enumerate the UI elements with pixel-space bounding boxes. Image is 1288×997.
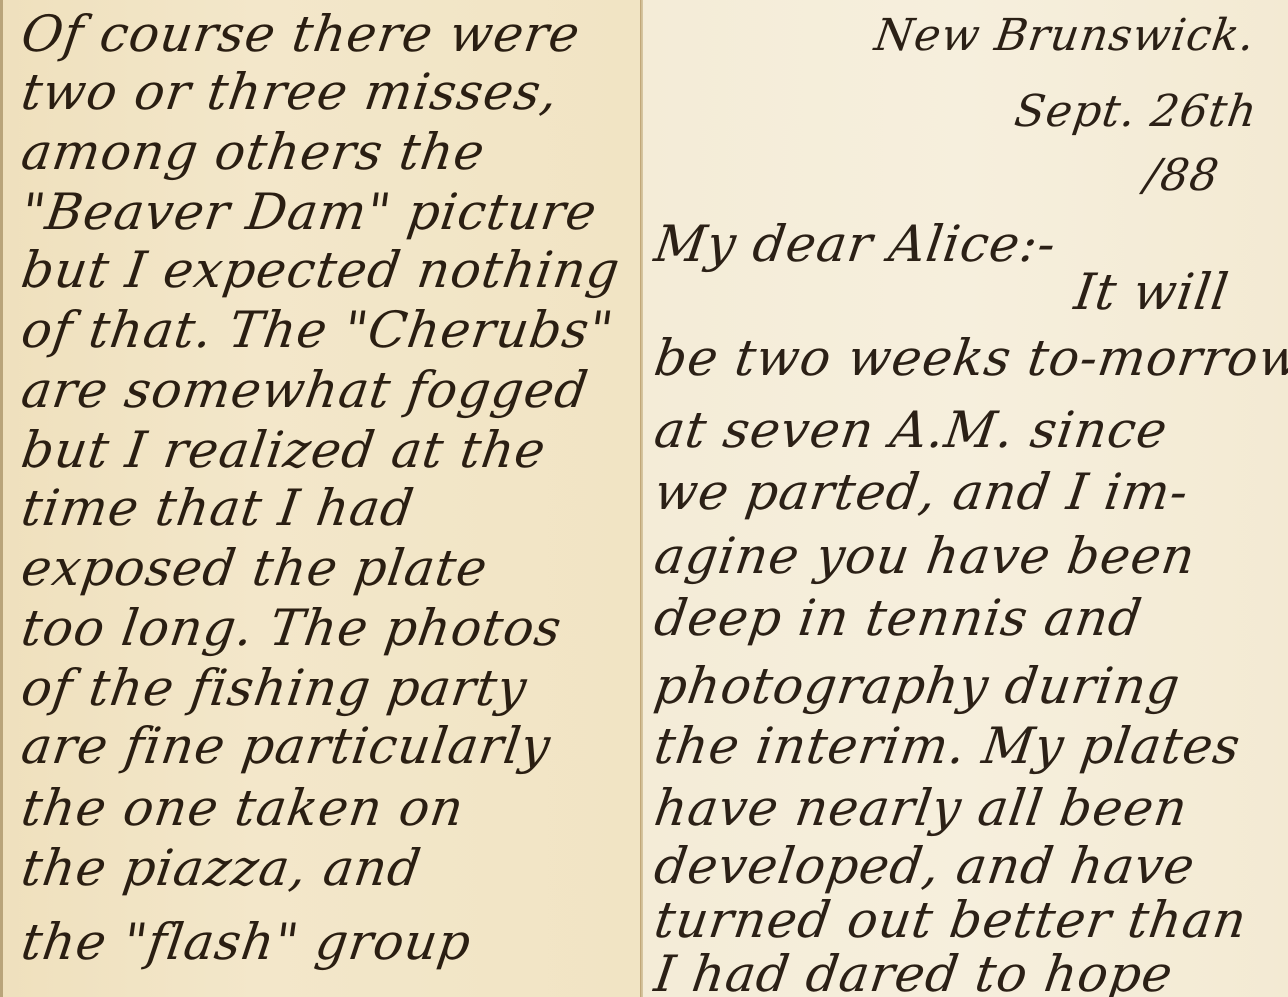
left-page: Of course there were two or three misses…: [0, 0, 641, 997]
page-edge: [0, 0, 3, 997]
letter-line: but I expected nothing: [18, 240, 624, 300]
letter-line: among others the: [18, 122, 489, 182]
letter-line: two or three misses,: [18, 62, 562, 122]
letter-year: /88: [1141, 146, 1223, 206]
letter-line: at seven A.M. since: [651, 400, 1172, 460]
letter-line: have nearly all been: [651, 778, 1192, 838]
letter-place: New Brunswick.: [871, 6, 1259, 66]
letter-line: we parted, and I im-: [651, 462, 1193, 522]
letter-scan: Of course there were two or three misses…: [0, 0, 1288, 997]
right-page: New Brunswick. Sept. 26th /88 My dear Al…: [643, 0, 1288, 997]
letter-line: but I realized at the: [18, 420, 550, 480]
letter-line: I had dared to hope: [651, 944, 1177, 997]
letter-line: It will: [1071, 262, 1233, 322]
letter-date: Sept. 26th: [1011, 82, 1261, 142]
letter-line: developed, and have: [651, 836, 1199, 896]
letter-line: are somewhat fogged: [18, 360, 592, 420]
letter-salutation: My dear Alice:-: [651, 214, 1060, 274]
letter-line: agine you have been: [651, 526, 1200, 586]
letter-line: of the fishing party: [18, 658, 531, 718]
letter-line: Of course there were: [18, 4, 584, 64]
letter-line: be two weeks to-morrow,: [651, 328, 1288, 388]
letter-line: "Beaver Dam" picture: [18, 182, 601, 242]
letter-line: of that. The "Cherubs": [18, 300, 618, 360]
letter-line: exposed the plate: [18, 538, 492, 598]
letter-line: the interim. My plates: [651, 716, 1245, 776]
letter-line: turned out better than: [651, 890, 1251, 950]
letter-line: the "flash" group: [18, 912, 475, 972]
letter-line: the piazza, and: [18, 838, 425, 898]
letter-line: photography during: [651, 656, 1184, 716]
letter-line: time that I had: [18, 478, 418, 538]
letter-line: are fine particularly: [18, 716, 555, 776]
letter-line: too long. The photos: [18, 598, 566, 658]
letter-line: the one taken on: [18, 778, 468, 838]
letter-line: deep in tennis and: [651, 588, 1146, 648]
